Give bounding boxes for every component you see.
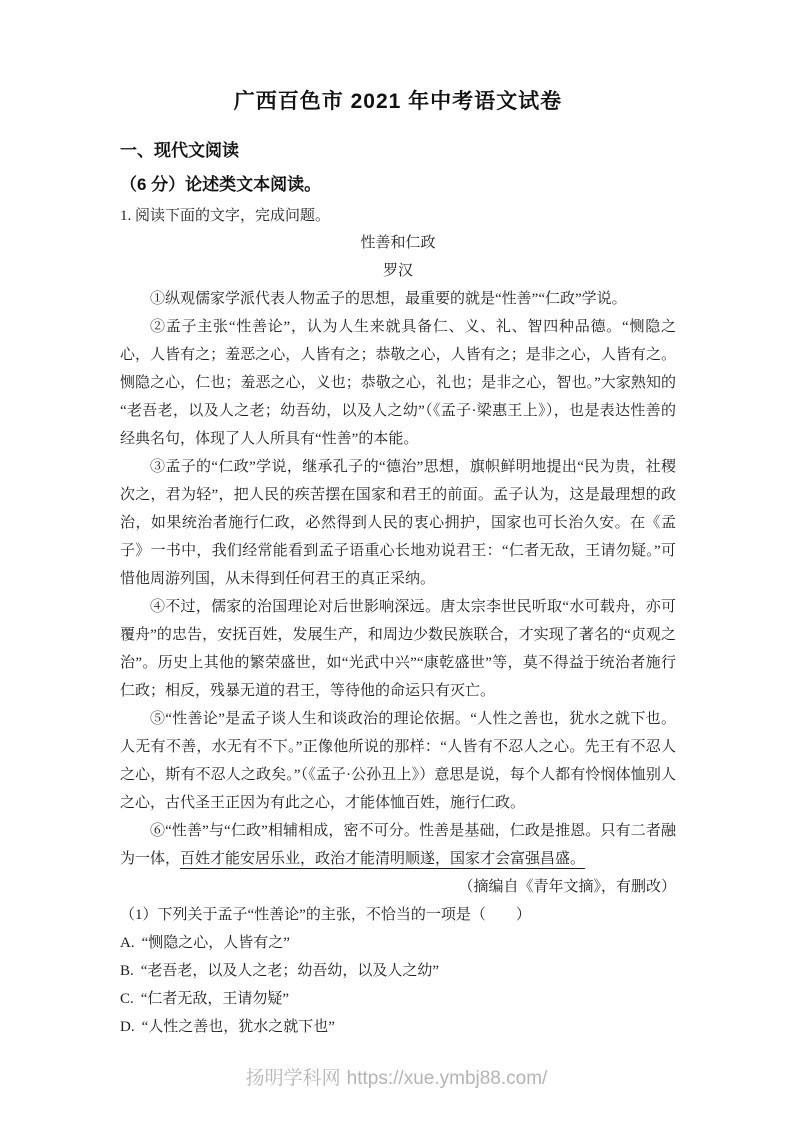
passage-paragraph-2: ②孟子主张“性善论”，认为人生来就具备仁、义、礼、智四种品德。“恻隐之心，人皆有… — [120, 313, 676, 453]
option-a-text: “恻隐之心，人皆有之” — [142, 935, 290, 951]
section-subheading: （6 分）论述类文本阅读。 — [120, 174, 676, 196]
option-b: B.“老吾老，以及人之老；幼吾幼，以及人之幼” — [120, 957, 676, 985]
option-c-text: “仁者无敌，王请勿疑” — [141, 991, 289, 1007]
option-a-label: A. — [120, 935, 135, 951]
question-stem: （1）下列关于孟子“性善论”的主张，不恰当的一项是（ ） — [120, 901, 676, 929]
passage-paragraph-1: ①纵观儒家学派代表人物孟子的思想，最重要的就是“性善”“仁政”学说。 — [120, 285, 676, 313]
passage-paragraph-4: ④不过，儒家的治国理论对后世影响深远。唐太宗李世民听取“水可载舟，亦可覆舟”的忠… — [120, 593, 676, 705]
option-d: D.“人性之善也，犹水之就下也” — [120, 1013, 676, 1041]
option-b-text: “老吾老，以及人之老；幼吾幼，以及人之幼” — [141, 963, 439, 979]
passage-paragraph-6: ⑥“性善”与“仁政”相辅相成，密不可分。性善是基础，仁政是推恩。只有二者融为一体… — [120, 817, 676, 873]
question-instruction: 1. 阅读下面的文字，完成问题。 — [120, 206, 676, 227]
question-block: （1）下列关于孟子“性善论”的主张，不恰当的一项是（ ） A.“恻隐之心，人皆有… — [120, 901, 676, 1041]
passage-author: 罗汉 — [120, 257, 676, 285]
option-d-text: “人性之善也，犹水之就下也” — [142, 1019, 335, 1035]
option-b-label: B. — [120, 963, 134, 979]
passage-underlined-text: 百姓才能安居乐业，政治才能清明顺遂，国家才会富强昌盛。 — [180, 851, 585, 867]
page-title: 广西百色市 2021 年中考语文试卷 — [120, 86, 676, 118]
passage-title: 性善和仁政 — [120, 229, 676, 257]
section-heading: 一、现代文阅读 — [120, 140, 676, 162]
reading-passage: 性善和仁政 罗汉 ①纵观儒家学派代表人物孟子的思想，最重要的就是“性善”“仁政”… — [120, 229, 676, 901]
exam-paper-page: 广西百色市 2021 年中考语文试卷 一、现代文阅读 （6 分）论述类文本阅读。… — [0, 0, 793, 1122]
passage-paragraph-3: ③孟子的“仁政”学说，继承孔子的“德治”思想，旗帜鲜明地提出“民为贵，社稷次之，… — [120, 453, 676, 593]
option-a: A.“恻隐之心，人皆有之” — [120, 929, 676, 957]
option-d-label: D. — [120, 1019, 135, 1035]
option-c-label: C. — [120, 991, 134, 1007]
passage-paragraph-5: ⑤“性善论”是孟子谈人生和谈政治的理论依据。“人性之善也，犹水之就下也。人无有不… — [120, 705, 676, 817]
footer-site-url: https://xue.ymbj88.com/ — [347, 1068, 548, 1089]
footer-site-name: 扬明学科网 — [246, 1068, 341, 1089]
passage-attribution: （摘编自《青年文摘》，有删改） — [120, 873, 676, 901]
page-content: 广西百色市 2021 年中考语文试卷 一、现代文阅读 （6 分）论述类文本阅读。… — [120, 0, 676, 1041]
watermark-footer: 扬明学科网https://xue.ymbj88.com/ — [0, 1063, 793, 1090]
option-c: C.“仁者无敌，王请勿疑” — [120, 985, 676, 1013]
